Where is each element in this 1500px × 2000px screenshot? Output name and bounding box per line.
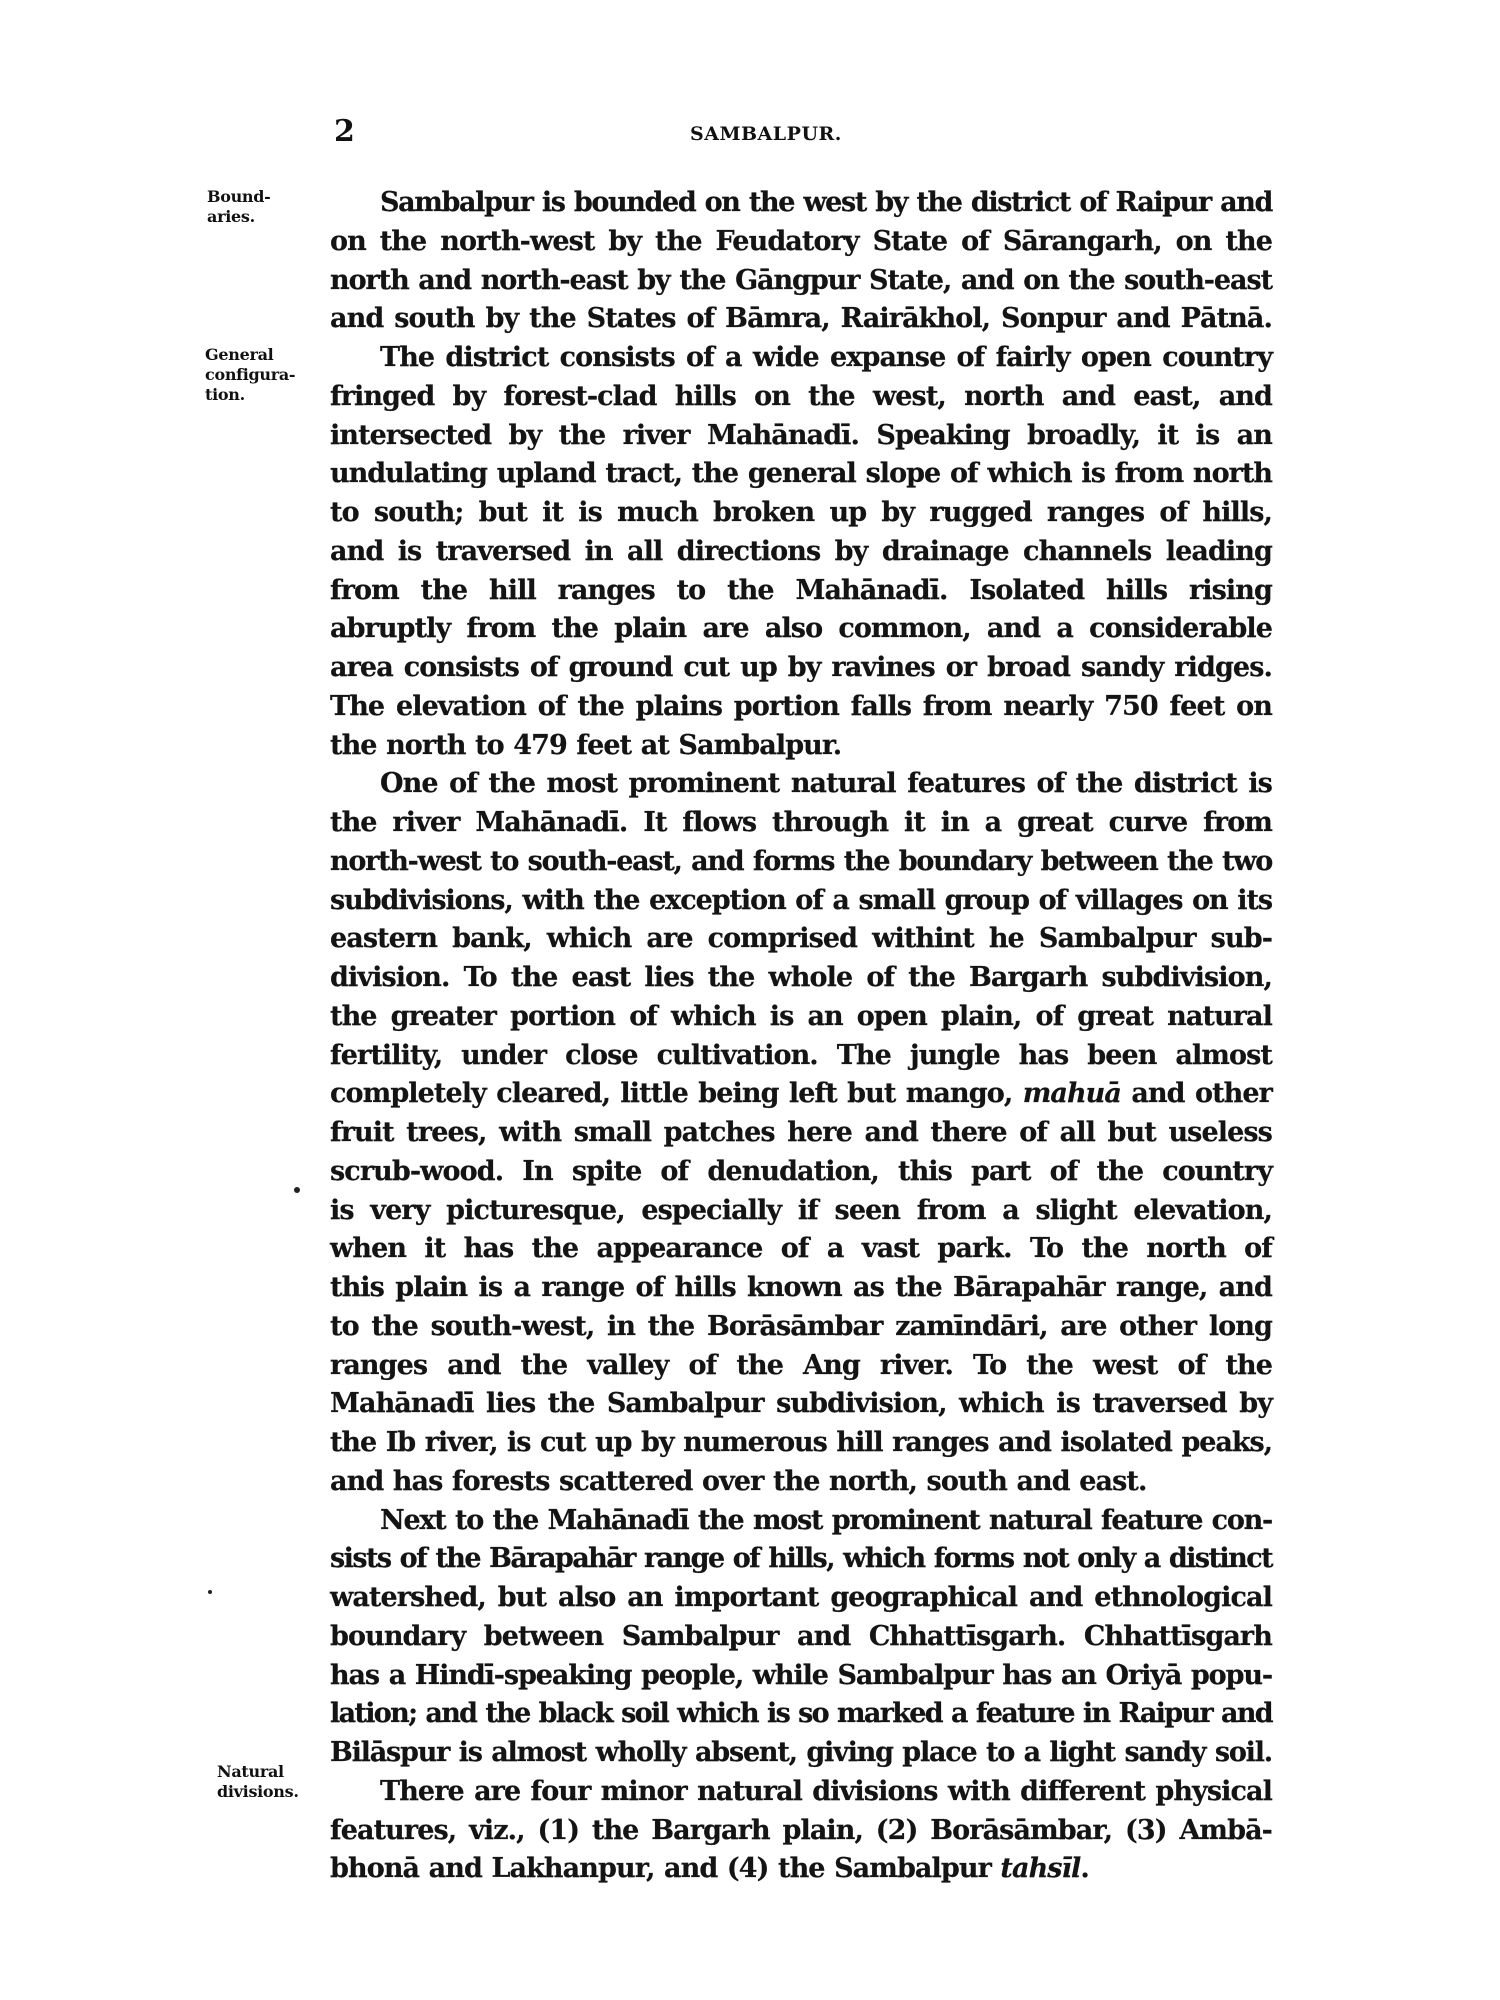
paragraph-line: from the hill ranges to the Mahānadī. Is… <box>330 572 1272 611</box>
paragraph-line: area consists of ground cut up by ravine… <box>330 649 1272 688</box>
paragraph-line: Bilāspur is almost wholly absent, giving… <box>330 1734 1272 1773</box>
margin-note-general-configuration: General configura- tion. <box>205 345 295 405</box>
paragraph-line: the Ib river, is cut up by numerous hill… <box>330 1424 1272 1463</box>
paragraph-line: completely cleared, little being left bu… <box>330 1075 1272 1114</box>
paragraph-line: to the south-west, in the Borāsāmbar zam… <box>330 1308 1272 1347</box>
paragraph-line: the greater portion of which is an open … <box>330 998 1272 1037</box>
paragraph-line: One of the most prominent natural featur… <box>330 765 1272 804</box>
margin-note-line: aries. <box>207 207 271 227</box>
paragraph-line: lation; and the black soil which is so m… <box>330 1695 1272 1734</box>
paragraph-line: and has forests scattered over the north… <box>330 1463 1272 1502</box>
paragraph-line: this plain is a range of hills known as … <box>330 1269 1272 1308</box>
paragraph-line: north-west to south-east, and forms the … <box>330 843 1272 882</box>
paragraph-line: subdivisions, with the exception of a sm… <box>330 882 1272 921</box>
print-speck <box>208 1590 212 1594</box>
margin-note-line: Bound- <box>207 187 271 207</box>
paragraph-line: There are four minor natural divisions w… <box>330 1773 1272 1812</box>
paragraph-line: the river Mahānadī. It flows through it … <box>330 804 1272 843</box>
paragraph-line: undulating upland tract, the general slo… <box>330 455 1272 494</box>
margin-note-line: tion. <box>205 385 295 405</box>
paragraph-line: intersected by the river Mahānadī. Speak… <box>330 417 1272 456</box>
paragraph-line: Next to the Mahānadī the most prominent … <box>330 1502 1272 1541</box>
margin-note-line: divisions. <box>217 1782 299 1802</box>
italic-term: mahuā <box>1023 1078 1121 1109</box>
margin-note-natural-divisions: Natural divisions. <box>217 1762 299 1802</box>
paragraph-line: is very picturesque, especially if seen … <box>330 1192 1272 1231</box>
paragraph-line: features, viz., (1) the Bargarh plain, (… <box>330 1812 1272 1851</box>
print-speck <box>294 1187 300 1193</box>
paragraph-line: eastern bank, which are comprised within… <box>330 920 1272 959</box>
paragraph-line: Sambalpur is bounded on the west by the … <box>330 184 1272 223</box>
book-page: 2 SAMBALPUR. Bound- aries. General confi… <box>0 0 1500 2000</box>
paragraph-line: The district consists of a wide expanse … <box>330 339 1272 378</box>
paragraph-line: Mahānadī lies the Sambalpur subdivision,… <box>330 1385 1272 1424</box>
margin-note-line: General <box>205 345 295 365</box>
running-head: 2 SAMBALPUR. <box>330 112 1272 152</box>
margin-note-line: Natural <box>217 1762 299 1782</box>
paragraph-line: has a Hindī-speaking people, while Samba… <box>330 1657 1272 1696</box>
paragraph-line: fruit trees, with small patches here and… <box>330 1114 1272 1153</box>
italic-term: tahsīl <box>1000 1853 1080 1884</box>
paragraph-line: and south by the States of Bāmra, Rairāk… <box>330 300 1272 339</box>
margin-note-boundaries: Bound- aries. <box>207 187 271 227</box>
margin-note-line: configura- <box>205 365 295 385</box>
paragraph-line: boundary between Sambalpur and Chhattīsg… <box>330 1618 1272 1657</box>
paragraph-line: division. To the east lies the whole of … <box>330 959 1272 998</box>
paragraph-line: sists of the Bārapahār range of hills, w… <box>330 1540 1272 1579</box>
paragraph-line: scrub-wood. In spite of denudation, this… <box>330 1153 1272 1192</box>
line-text: bhonā and Lakhanpur, and (4) the Sambalp… <box>330 1853 991 1884</box>
paragraph-line: fringed by forest-clad hills on the west… <box>330 378 1272 417</box>
paragraph-line: the north to 479 feet at Sambalpur. <box>330 727 1272 766</box>
line-text: . <box>1080 1853 1089 1884</box>
page-number: 2 <box>334 112 355 152</box>
paragraph-line: north and north-east by the Gāngpur Stat… <box>330 262 1272 301</box>
paragraph-line: bhonā and Lakhanpur, and (4) the Sambalp… <box>330 1850 1272 1889</box>
body-text: Sambalpur is bounded on the west by the … <box>330 184 1272 1889</box>
line-text: and other <box>1131 1078 1272 1109</box>
paragraph-line: watershed, but also an important geograp… <box>330 1579 1272 1618</box>
paragraph-line: and is traversed in all directions by dr… <box>330 533 1272 572</box>
paragraph-line: to south; but it is much broken up by ru… <box>330 494 1272 533</box>
paragraph-line: when it has the appearance of a vast par… <box>330 1230 1272 1269</box>
paragraph-line: on the north-west by the Feudatory State… <box>330 223 1272 262</box>
paragraph-line: fertility, under close cultivation. The … <box>330 1037 1272 1076</box>
line-text: completely cleared, little being left bu… <box>330 1078 1012 1109</box>
paragraph-line: abruptly from the plain are also common,… <box>330 610 1272 649</box>
running-title: SAMBALPUR. <box>690 116 842 152</box>
paragraph-line: ranges and the valley of the Ang river. … <box>330 1347 1272 1386</box>
paragraph-line: The elevation of the plains portion fall… <box>330 688 1272 727</box>
